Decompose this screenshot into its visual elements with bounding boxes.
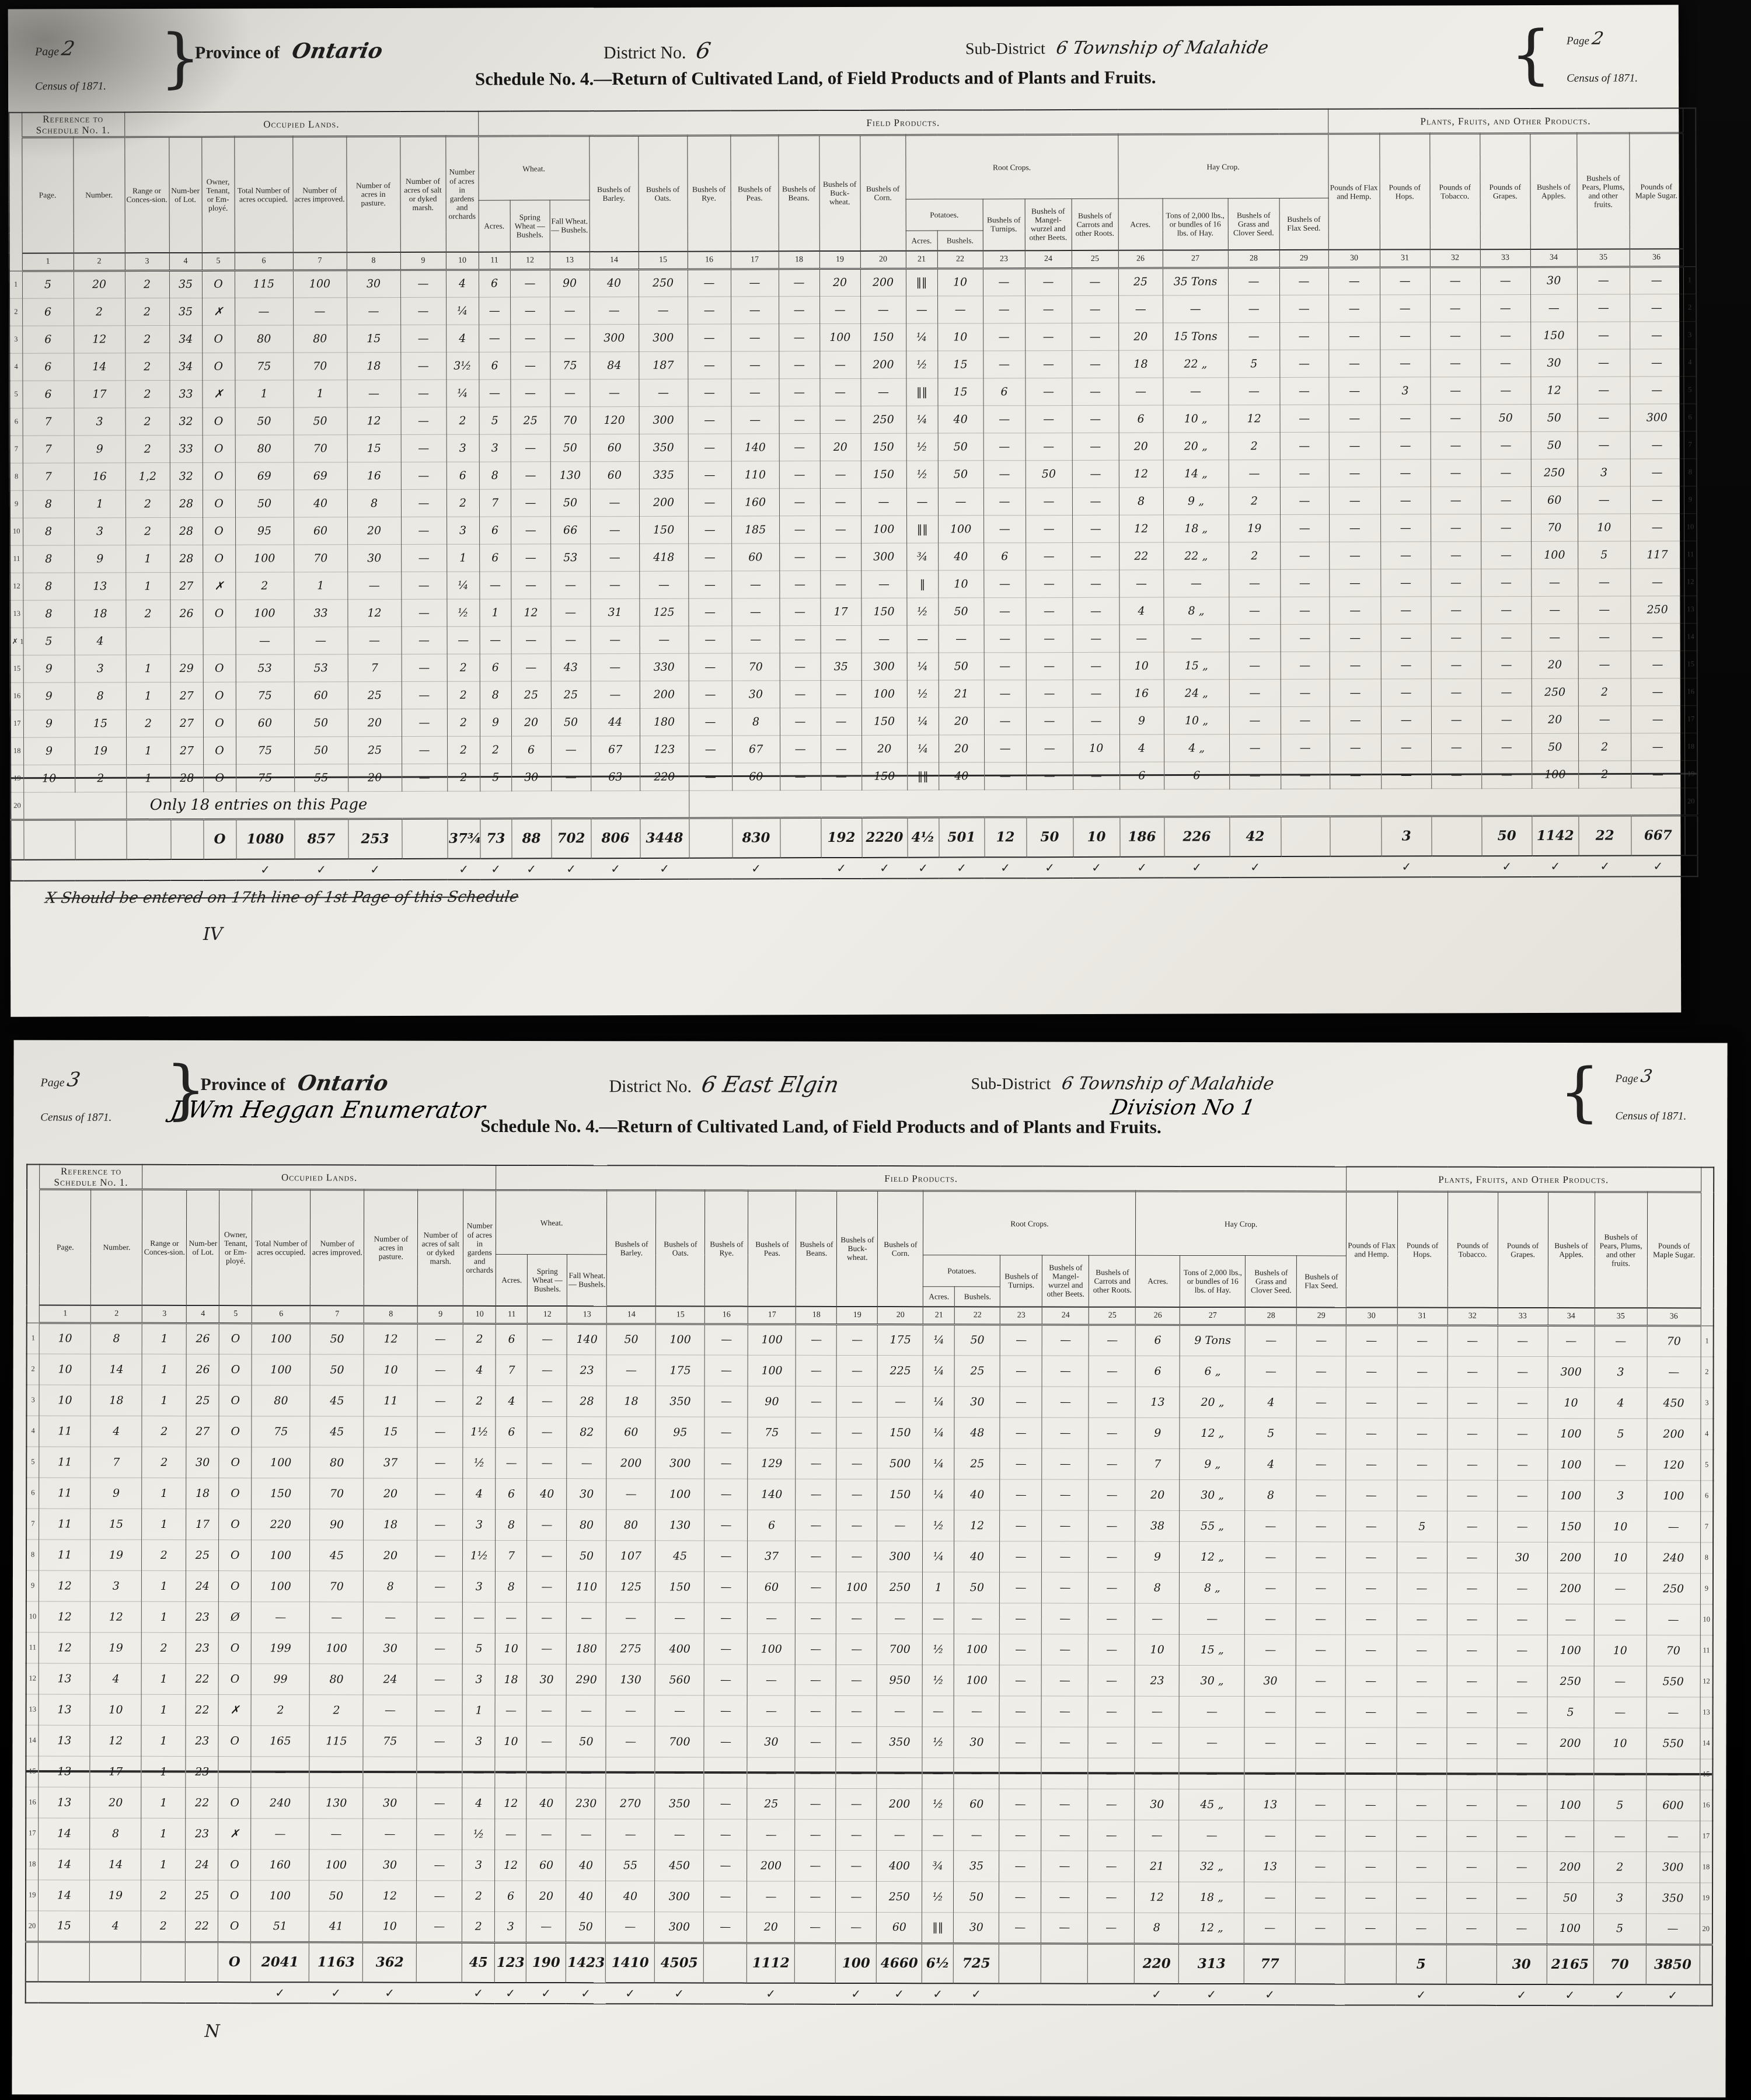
cell-col-33: —: [1480, 349, 1530, 377]
cell-col-25: —: [1073, 652, 1119, 680]
cell-col-26: 20: [1118, 323, 1163, 350]
col-field-18: Bushels of Beans.: [796, 1190, 837, 1306]
check-mark: [1296, 1984, 1345, 2005]
check-mark: ✓: [512, 858, 552, 879]
cell-col-13: —: [551, 736, 591, 763]
cell-col-4: 29: [170, 654, 203, 682]
group-reference: Reference to Schedule No. 1.: [40, 1165, 142, 1190]
total-col-16: [689, 818, 732, 858]
cell-col-13: 50: [566, 1726, 606, 1757]
cell-col-34: 12: [1531, 377, 1578, 404]
cell-col-14: 40: [606, 1880, 655, 1911]
cell-col-14: 200: [606, 1447, 655, 1478]
cell-col-11: —: [479, 572, 511, 599]
cell-col-26: 4: [1119, 597, 1163, 625]
cell-col-21: ‖‖: [922, 1912, 954, 1943]
cell-col-35: —: [1578, 624, 1631, 651]
cell-col-2: 14: [74, 353, 125, 380]
cell-col-5: O: [218, 1880, 251, 1911]
cell-col-27: 14 „: [1163, 459, 1229, 487]
check-mark: ✓: [1073, 856, 1120, 877]
cell-col-1: 11: [39, 1478, 90, 1509]
cell-col-11: —: [496, 1447, 527, 1478]
cell-col-36: —: [1630, 486, 1684, 513]
cell-col-8: 12: [347, 599, 401, 626]
cell-col-35: 10: [1578, 514, 1630, 541]
cell-col-23: —: [984, 680, 1026, 707]
cell-col-11: 8: [479, 462, 511, 489]
cell-col-15: —: [655, 1695, 704, 1726]
cell-col-22: 30: [954, 1726, 999, 1757]
cell-col-27: 10 „: [1164, 706, 1229, 734]
cell-col-24: —: [1041, 1913, 1088, 1944]
cell-col-24: —: [1026, 707, 1073, 734]
table-row: 1108126O1005012—26—14050100—100——175¼50—…: [27, 1323, 1714, 1357]
table-row: 20Only 18 entries on this Page20: [11, 788, 1697, 820]
table-row: 13818226O1003312—½112—31125———17150½50——…: [10, 595, 1697, 628]
cell-col-31: —: [1397, 1480, 1447, 1511]
cell-col-27: 24 „: [1164, 679, 1229, 706]
cell-col-33: —: [1497, 1418, 1547, 1449]
row-number: 16: [1684, 678, 1697, 705]
total-col-33: 50: [1482, 816, 1532, 856]
census-label: Census of 1871.: [1567, 72, 1638, 85]
cell-col-18: —: [779, 461, 820, 488]
cell-col-15: 350: [639, 434, 688, 461]
col-field-16: Bushels of Rye.: [705, 1190, 748, 1306]
cell-col-21: ¼: [923, 1541, 954, 1572]
cell-col-15: 300: [639, 324, 688, 351]
column-number: 35: [1595, 1308, 1647, 1326]
cell-col-23: —: [983, 268, 1025, 295]
check-mark: ✓: [1164, 856, 1230, 877]
column-number: 7: [311, 1305, 364, 1324]
cell-col-23: —: [1000, 1386, 1042, 1417]
checkmarks-row: ✓✓✓✓✓✓✓✓✓✓✓✓✓✓✓✓✓✓✓✓✓✓✓✓✓: [11, 855, 1698, 881]
table-row: 4114227O754515—1½6—826095—75——150¼48———9…: [26, 1416, 1713, 1450]
row-number: 19: [1684, 760, 1697, 788]
cell-col-33: —: [1481, 624, 1532, 651]
cell-col-5: O: [203, 600, 235, 627]
cell-col-7: 45: [310, 1385, 364, 1416]
check-mark: [90, 1981, 141, 2003]
cell-col-4: 23: [186, 1756, 218, 1787]
cell-col-24: —: [1042, 1603, 1089, 1634]
cell-col-24: —: [1025, 323, 1072, 350]
cell-col-1: 5: [23, 628, 75, 655]
cell-col-3: 2: [125, 600, 170, 627]
table-row: ✗ 1454———————————————————————————————14: [11, 623, 1697, 655]
cell-col-7: 100: [309, 1849, 363, 1880]
cell-col-21: ½: [922, 1881, 954, 1912]
cell-col-30: —: [1330, 597, 1381, 624]
cell-col-17: 140: [731, 433, 779, 461]
check-mark: ✓: [1244, 1984, 1296, 2005]
cell-col-36: —: [1630, 294, 1683, 321]
cell-col-23: —: [1000, 1664, 1042, 1695]
cell-col-22: 40: [938, 542, 983, 570]
check-mark: ✓: [908, 857, 939, 878]
cell-col-16: —: [704, 1386, 748, 1417]
cell-col-10: —: [463, 1602, 496, 1633]
row-number: 12: [1684, 568, 1697, 595]
cell-col-5: [203, 627, 236, 654]
cell-col-21: ½: [907, 680, 939, 708]
cell-col-11: 6: [495, 1880, 526, 1911]
total-col-2: [90, 1942, 141, 1982]
cell-col-1: 14: [39, 1849, 90, 1880]
cell-col-20: 300: [877, 1541, 923, 1572]
cell-col-23: —: [1000, 1541, 1042, 1572]
cell-col-17: 129: [748, 1448, 796, 1479]
cell-col-34: 100: [1532, 761, 1578, 788]
cell-col-34: —: [1531, 569, 1578, 596]
cell-col-26: 20: [1135, 1479, 1180, 1510]
column-number: 7: [293, 252, 347, 270]
table-row: 111219223O19910030—510—180275400—100——70…: [26, 1632, 1713, 1666]
cell-col-20: 250: [877, 1572, 923, 1603]
column-number: 22: [955, 1307, 1000, 1325]
cell-col-5: O: [219, 1323, 252, 1354]
cell-col-8: 11: [364, 1385, 417, 1416]
cell-col-31: —: [1396, 1758, 1446, 1789]
cell-col-9: —: [400, 297, 446, 325]
cell-col-14: 60: [606, 1416, 655, 1447]
cell-col-8: 10: [364, 1354, 417, 1385]
cell-col-3: 1: [141, 1849, 186, 1880]
cell-col-18: —: [779, 269, 819, 296]
cell-col-17: 140: [748, 1479, 796, 1510]
cell-col-33: —: [1497, 1480, 1547, 1511]
cell-col-29: —: [1280, 542, 1329, 569]
check-mark: ✓: [566, 1983, 606, 2004]
total-col-16: [704, 1943, 747, 1983]
cell-col-5: O: [203, 435, 235, 462]
total-col-24: [1041, 1944, 1088, 1984]
col-occupied-9: Number of acres of salt or dyked marsh.: [418, 1190, 463, 1305]
cell-col-29: —: [1281, 652, 1330, 679]
cell-col-27: 12 „: [1180, 1541, 1245, 1572]
cell-col-16: —: [688, 516, 731, 544]
cell-col-32: —: [1431, 624, 1481, 651]
cell-col-18: —: [779, 543, 820, 570]
cell-col-27: —: [1180, 1603, 1245, 1634]
cell-col-13: 110: [567, 1571, 606, 1602]
cell-col-23: —: [1000, 1324, 1042, 1355]
cell-col-3: 1: [126, 737, 170, 764]
cell-col-30: —: [1330, 761, 1381, 789]
cell-col-20: —: [861, 570, 906, 598]
cell-col-17: —: [731, 269, 779, 296]
cell-col-34: 100: [1531, 541, 1578, 569]
cell-col-14: 270: [606, 1788, 655, 1819]
table-row: 4614234O757018—3½6—7584187————200½15———1…: [9, 349, 1696, 381]
cell-col-2: 4: [90, 1416, 142, 1447]
cell-col-15: 175: [655, 1354, 704, 1385]
cell-col-19: —: [819, 296, 860, 323]
cell-col-1: 12: [39, 1570, 90, 1601]
cell-col-11: 8: [496, 1571, 527, 1602]
cell-col-15: 335: [639, 461, 688, 489]
cell-col-33: —: [1481, 706, 1532, 733]
total-col-23: 12: [984, 817, 1026, 857]
row-number: 11: [26, 1632, 39, 1663]
cell-col-4: 34: [169, 325, 202, 353]
cell-col-2: 20: [74, 270, 125, 298]
cell-col-26: 6: [1135, 1356, 1180, 1387]
cell-col-15: 300: [655, 1911, 704, 1942]
cell-col-16: —: [689, 708, 732, 736]
cell-col-33: —: [1497, 1913, 1547, 1944]
cell-col-5: O: [203, 709, 236, 737]
cell-col-19: —: [819, 351, 860, 378]
col-occupied-8: Number of acres in pasture.: [364, 1190, 418, 1305]
check-mark: ✓: [1179, 1983, 1244, 2004]
cell-col-7: 60: [294, 681, 348, 709]
cell-col-29: —: [1296, 1851, 1345, 1882]
cell-col-27: 30 „: [1180, 1665, 1245, 1696]
cell-col-27: —: [1163, 377, 1228, 405]
cell-col-9: —: [401, 544, 447, 572]
cell-col-24: —: [1026, 597, 1072, 625]
group-hay-crop: Hay Crop.: [1118, 134, 1328, 198]
cell-col-22: —: [954, 1603, 1000, 1634]
cell-col-30: —: [1329, 569, 1380, 597]
cell-col-8: 8: [364, 1571, 417, 1602]
cell-col-1: 10: [39, 1385, 90, 1416]
cell-col-22: 50: [938, 433, 983, 460]
cell-col-11: 6: [479, 270, 510, 297]
cell-col-1: 11: [39, 1509, 90, 1540]
cell-col-3: 2: [142, 1632, 186, 1663]
cell-col-10: 1½: [463, 1540, 496, 1571]
row-number: 1: [27, 1323, 40, 1354]
cell-col-18: —: [779, 351, 819, 378]
total-col-10: 45: [462, 1942, 495, 1983]
cell-col-30: —: [1345, 1913, 1396, 1944]
check-mark: ✓: [1593, 1984, 1646, 2005]
district-label: District No.: [609, 1077, 692, 1096]
cell-col-4: 22: [186, 1694, 218, 1725]
cell-col-18: —: [796, 1541, 836, 1572]
cell-col-18: —: [796, 1448, 836, 1479]
cell-col-9: —: [417, 1664, 463, 1695]
cell-col-35: —: [1595, 1325, 1647, 1356]
cell-col-4: 24: [186, 1570, 219, 1601]
cell-col-16: —: [704, 1788, 747, 1819]
cell-col-18: —: [779, 406, 820, 433]
cell-col-28: —: [1245, 1634, 1296, 1665]
cell-col-26: 25: [1118, 268, 1163, 295]
cell-col-23: —: [983, 570, 1026, 597]
cell-col-5: Ø: [219, 1601, 252, 1632]
check-mark: ✓: [1482, 855, 1532, 876]
col-spring-wheat: Spring Wheat — Bushels.: [510, 200, 550, 252]
cell-col-28: 13: [1244, 1851, 1296, 1882]
cell-col-2: 9: [90, 1478, 142, 1509]
cell-col-30: —: [1328, 295, 1380, 322]
schedule-title: Schedule No. 4.—Return of Cultivated Lan…: [475, 67, 1156, 90]
total-col-7: 1163: [309, 1942, 363, 1982]
page-2-header: Page 2 Census of 1871. } Province of Ont…: [8, 5, 1679, 112]
cell-col-10: 3: [447, 434, 479, 462]
cell-col-4: 25: [186, 1880, 218, 1911]
cell-col-19: —: [820, 516, 861, 543]
cell-col-10: 4: [446, 325, 479, 352]
column-number: 6: [235, 252, 293, 270]
cell-col-36: 300: [1646, 1851, 1700, 1882]
cell-col-17: 100: [748, 1324, 796, 1355]
cell-col-16: —: [704, 1572, 748, 1603]
column-number: 27: [1180, 1307, 1246, 1325]
cell-col-22: 25: [954, 1355, 1000, 1386]
cell-col-20: 150: [860, 323, 906, 351]
row-number: 19: [11, 765, 23, 792]
cell-col-25: —: [1072, 350, 1118, 378]
cell-col-6: 69: [235, 462, 294, 490]
cell-col-4: 28: [170, 545, 203, 572]
cell-col-32: —: [1431, 706, 1481, 733]
cell-col-6: 51: [251, 1911, 309, 1942]
column-number: 10: [446, 252, 479, 270]
total-col-1: [39, 1942, 90, 1982]
row-number: 13: [26, 1694, 39, 1725]
col-plants-35: Bushels of Pears, Plums, and other fruit…: [1595, 1192, 1647, 1308]
cell-col-16: —: [688, 297, 731, 324]
check-mark: ✓: [526, 1983, 566, 2004]
cell-col-27: 15 Tons: [1163, 322, 1228, 350]
cell-col-16: —: [689, 681, 732, 708]
cell-col-21: ½: [906, 598, 938, 625]
cell-col-26: 12: [1119, 460, 1163, 487]
page-3-sheet: Page 3 Census of 1871. } Province of Ont…: [12, 1040, 1727, 2097]
cell-col-10: 3: [463, 1664, 496, 1695]
cell-col-8: 12: [363, 1880, 417, 1911]
row-number: 8: [1700, 1542, 1713, 1573]
col-occupied-8: Number of acres in pasture.: [346, 137, 400, 252]
cell-col-13: —: [566, 1757, 606, 1788]
cell-col-24: —: [1042, 1665, 1089, 1696]
total-col-25: [1088, 1944, 1135, 1984]
cell-col-2: 19: [90, 1632, 142, 1663]
cell-col-2: 16: [74, 462, 125, 490]
cell-col-10: 3: [462, 1850, 495, 1880]
cell-col-7: 80: [310, 1447, 364, 1478]
cell-col-35: 3: [1594, 1480, 1647, 1511]
cell-col-2: 9: [74, 435, 125, 462]
cell-col-32: —: [1430, 349, 1480, 377]
cell-col-32: —: [1447, 1573, 1497, 1604]
cell-col-22: 50: [954, 1572, 1000, 1603]
cell-col-14: 40: [590, 269, 639, 297]
group-occupied-lands: Occupied Lands.: [124, 112, 478, 137]
cell-col-28: —: [1245, 1572, 1296, 1603]
cell-col-32: —: [1446, 1882, 1497, 1913]
cell-col-9: —: [417, 1416, 463, 1447]
cell-col-30: —: [1329, 377, 1380, 405]
cell-col-11: 5: [479, 407, 511, 434]
column-number: 5: [202, 252, 235, 270]
cell-col-25: —: [1072, 433, 1119, 460]
cell-col-12: —: [527, 1447, 567, 1478]
cell-col-15: —: [655, 1602, 704, 1633]
check-mark: [1345, 1984, 1396, 2005]
cell-col-34: —: [1532, 624, 1578, 651]
cell-col-14: 80: [606, 1509, 655, 1540]
cell-col-25: —: [1088, 1758, 1135, 1789]
column-number: 23: [1000, 1307, 1042, 1325]
page-number-block-right: Page 3 Census of 1871.: [1615, 1066, 1686, 1123]
check-mark: ✓: [495, 1982, 526, 2003]
cell-col-24: —: [1025, 350, 1072, 378]
cell-col-26: 10: [1119, 652, 1164, 680]
district-line: District No. 6: [604, 38, 710, 64]
cell-col-10: 4: [463, 1354, 496, 1385]
row-number: 6: [10, 408, 23, 436]
cell-col-34: 50: [1531, 404, 1578, 431]
cell-col-32: —: [1431, 404, 1481, 431]
cell-col-33: —: [1481, 678, 1532, 706]
cell-col-9: —: [418, 1324, 463, 1354]
cell-col-12: 6: [511, 736, 551, 763]
col-grass-seed: Bushels of Grass and Clover Seed.: [1228, 198, 1279, 250]
column-number: 1: [22, 253, 74, 271]
cell-col-24: —: [1041, 1789, 1088, 1820]
col-wheat-acres: Acres.: [479, 200, 510, 252]
cell-col-20: 150: [861, 598, 906, 625]
row-number: 8: [1684, 458, 1697, 486]
cell-col-21: ¼: [923, 1386, 954, 1417]
column-number: 8: [347, 252, 400, 270]
cell-col-28: 12: [1229, 405, 1280, 432]
district-value: 6: [694, 38, 713, 64]
cell-col-10: 2: [447, 709, 480, 736]
page-number-block: Page 3 Census of 1871.: [40, 1068, 111, 1124]
cell-col-25: —: [1089, 1387, 1135, 1418]
cell-col-7: 100: [293, 270, 347, 297]
cell-col-26: 7: [1135, 1448, 1180, 1479]
cell-col-7: 40: [294, 489, 347, 517]
cell-col-6: 160: [251, 1849, 309, 1880]
cell-col-35: —: [1578, 377, 1630, 404]
cell-col-29: —: [1281, 679, 1330, 706]
subdistrict-value: 6 Township of Malahide: [1060, 1074, 1275, 1095]
cell-col-25: —: [1088, 1851, 1135, 1882]
cell-col-26: —: [1135, 1758, 1179, 1789]
cell-col-1: 15: [39, 1911, 90, 1942]
col-potato-bushels: Bushels.: [937, 231, 983, 250]
cell-col-31: —: [1380, 514, 1431, 541]
cell-col-12: —: [511, 653, 551, 681]
cell-col-16: —: [704, 1695, 747, 1726]
cell-col-33: —: [1498, 1356, 1548, 1387]
cell-col-19: —: [836, 1695, 877, 1726]
cell-col-5: O: [203, 462, 235, 490]
cell-col-1: 13: [39, 1756, 90, 1787]
check-mark: [141, 1981, 186, 2003]
column-number: 35: [1577, 249, 1630, 267]
cell-col-19: —: [836, 1757, 877, 1788]
cell-col-9: —: [417, 1509, 463, 1540]
cell-col-32: —: [1446, 1758, 1497, 1789]
row-number: 7: [1684, 431, 1697, 458]
cell-col-17: 30: [747, 1726, 795, 1757]
cell-col-26: 38: [1135, 1510, 1180, 1541]
cell-col-26: —: [1118, 295, 1163, 323]
col-spring-wheat: Spring Wheat — Bushels.: [528, 1255, 567, 1306]
cell-col-23: —: [1000, 1510, 1042, 1541]
cell-col-36: 250: [1647, 1573, 1700, 1604]
